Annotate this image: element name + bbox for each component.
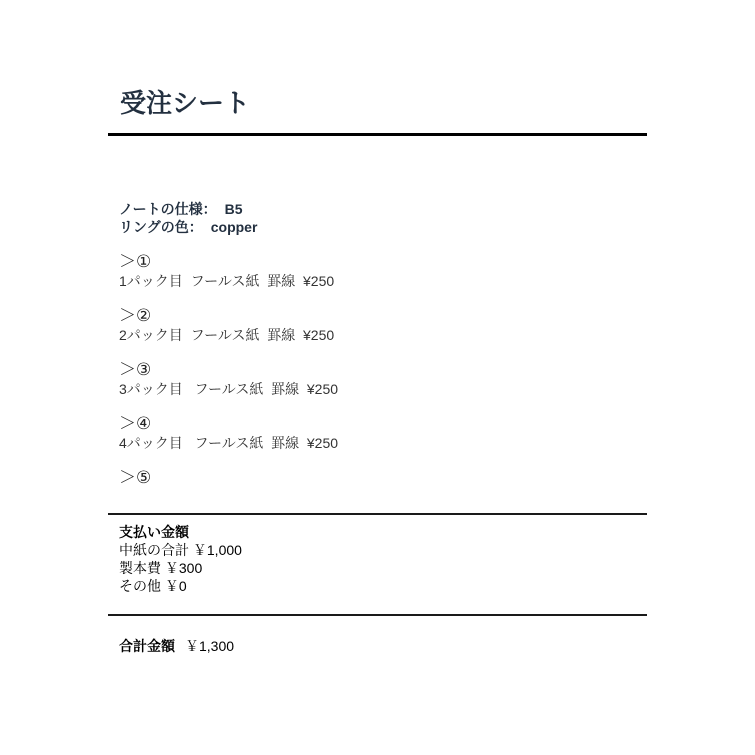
pack-description: 2パック目 フールス紙 罫線 ¥250 [119,326,334,344]
payment-heading: 支払い金額 [119,523,242,541]
pack-marker: ＞③ [119,360,338,380]
pack-marker: ＞② [119,306,334,326]
title-divider [108,133,647,136]
pack-marker: ＞④ [119,414,338,434]
total-divider [108,614,647,616]
page-title: 受注シート [120,86,250,120]
pack-description: 4パック目 フールス紙 罫線 ¥250 [119,434,338,452]
spec-size-label: ノートの仕様： [119,201,217,217]
other-fee: その他 ￥0 [119,577,242,595]
pack-description: 1パック目 フールス紙 罫線 ¥250 [119,272,334,290]
note-specs: ノートの仕様：B5 リングの色：copper [119,200,257,236]
spec-ring-color: リングの色：copper [119,218,257,236]
pack-item-5: ＞⑤ [119,468,151,488]
pack-marker: ＞① [119,252,334,272]
payment-divider [108,513,647,515]
spec-size-value: B5 [225,201,243,217]
spec-ring-color-label: リングの色： [119,219,203,235]
pack-item-1: ＞① 1パック目 フールス紙 罫線 ¥250 [119,252,334,290]
pack-description: 3パック目 フールス紙 罫線 ¥250 [119,380,338,398]
spec-size: ノートの仕様：B5 [119,200,257,218]
paper-subtotal: 中紙の合計 ￥1,000 [119,541,242,559]
pack-marker: ＞⑤ [119,468,151,488]
total-amount: 合計金額￥1,300 [119,637,234,655]
pack-item-3: ＞③ 3パック目 フールス紙 罫線 ¥250 [119,360,338,398]
pack-item-4: ＞④ 4パック目 フールス紙 罫線 ¥250 [119,414,338,452]
total-value: ￥1,300 [185,638,234,654]
pack-item-2: ＞② 2パック目 フールス紙 罫線 ¥250 [119,306,334,344]
total-label: 合計金額 [119,638,175,654]
payment-section: 支払い金額 中紙の合計 ￥1,000 製本費 ￥300 その他 ￥0 [119,523,242,595]
spec-ring-color-value: copper [211,219,258,235]
binding-fee: 製本費 ￥300 [119,559,242,577]
